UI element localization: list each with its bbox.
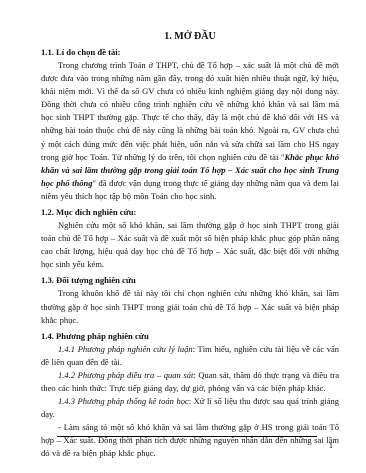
paragraph-purpose: Nghiên cứu một số khó khăn, sai lầm thườ… xyxy=(41,219,339,271)
paragraph-reason-text-pre: Trong chương trình Toán ở THPT, chủ đề T… xyxy=(41,60,339,162)
method-theory-label: 1.4.1 Phương pháp nghiên cứu lý luận xyxy=(58,344,193,354)
document-content: 1. MỞ ĐẦU 1.1. Lí do chọn đề tài: Trong … xyxy=(41,30,339,461)
document-page: 1. MỞ ĐẦU 1.1. Lí do chọn đề tài: Trong … xyxy=(0,0,366,473)
paragraph-method-survey: 1.4.2 Phương pháp điều tra – quan sát: Q… xyxy=(41,369,339,395)
section-heading-purpose: 1.2. Mục đích nghiên cứu: xyxy=(41,206,339,219)
section-heading-reason: 1.1. Lí do chọn đề tài: xyxy=(41,46,339,59)
paragraph-reason: Trong chương trình Toán ở THPT, chủ đề T… xyxy=(41,59,339,203)
section-heading-subject: 1.3. Đối tượng nghiên cứu xyxy=(41,274,339,287)
page-title: 1. MỞ ĐẦU xyxy=(41,30,339,43)
footer-divider xyxy=(57,436,317,437)
method-statistics-label: 1.4.3 Phương pháp thống kê toán học xyxy=(58,396,189,406)
section-heading-methods: 1.4. Phương pháp nghiên cứu xyxy=(41,330,339,343)
page-number: 1 xyxy=(329,440,333,450)
paragraph-subject: Trong khuôn khổ đề tài này tôi chỉ chọn … xyxy=(41,287,339,326)
paragraph-method-theory: 1.4.1 Phương pháp nghiên cứu lý luận: Tì… xyxy=(41,343,339,369)
paragraph-method-statistics: 1.4.3 Phương pháp thống kê toán học: Xử … xyxy=(41,395,339,421)
paragraph-contribution: - Làm sáng tỏ một số khó khăn và sai lầm… xyxy=(41,421,339,460)
method-survey-label: 1.4.2 Phương pháp điều tra – quan sát xyxy=(58,370,193,380)
